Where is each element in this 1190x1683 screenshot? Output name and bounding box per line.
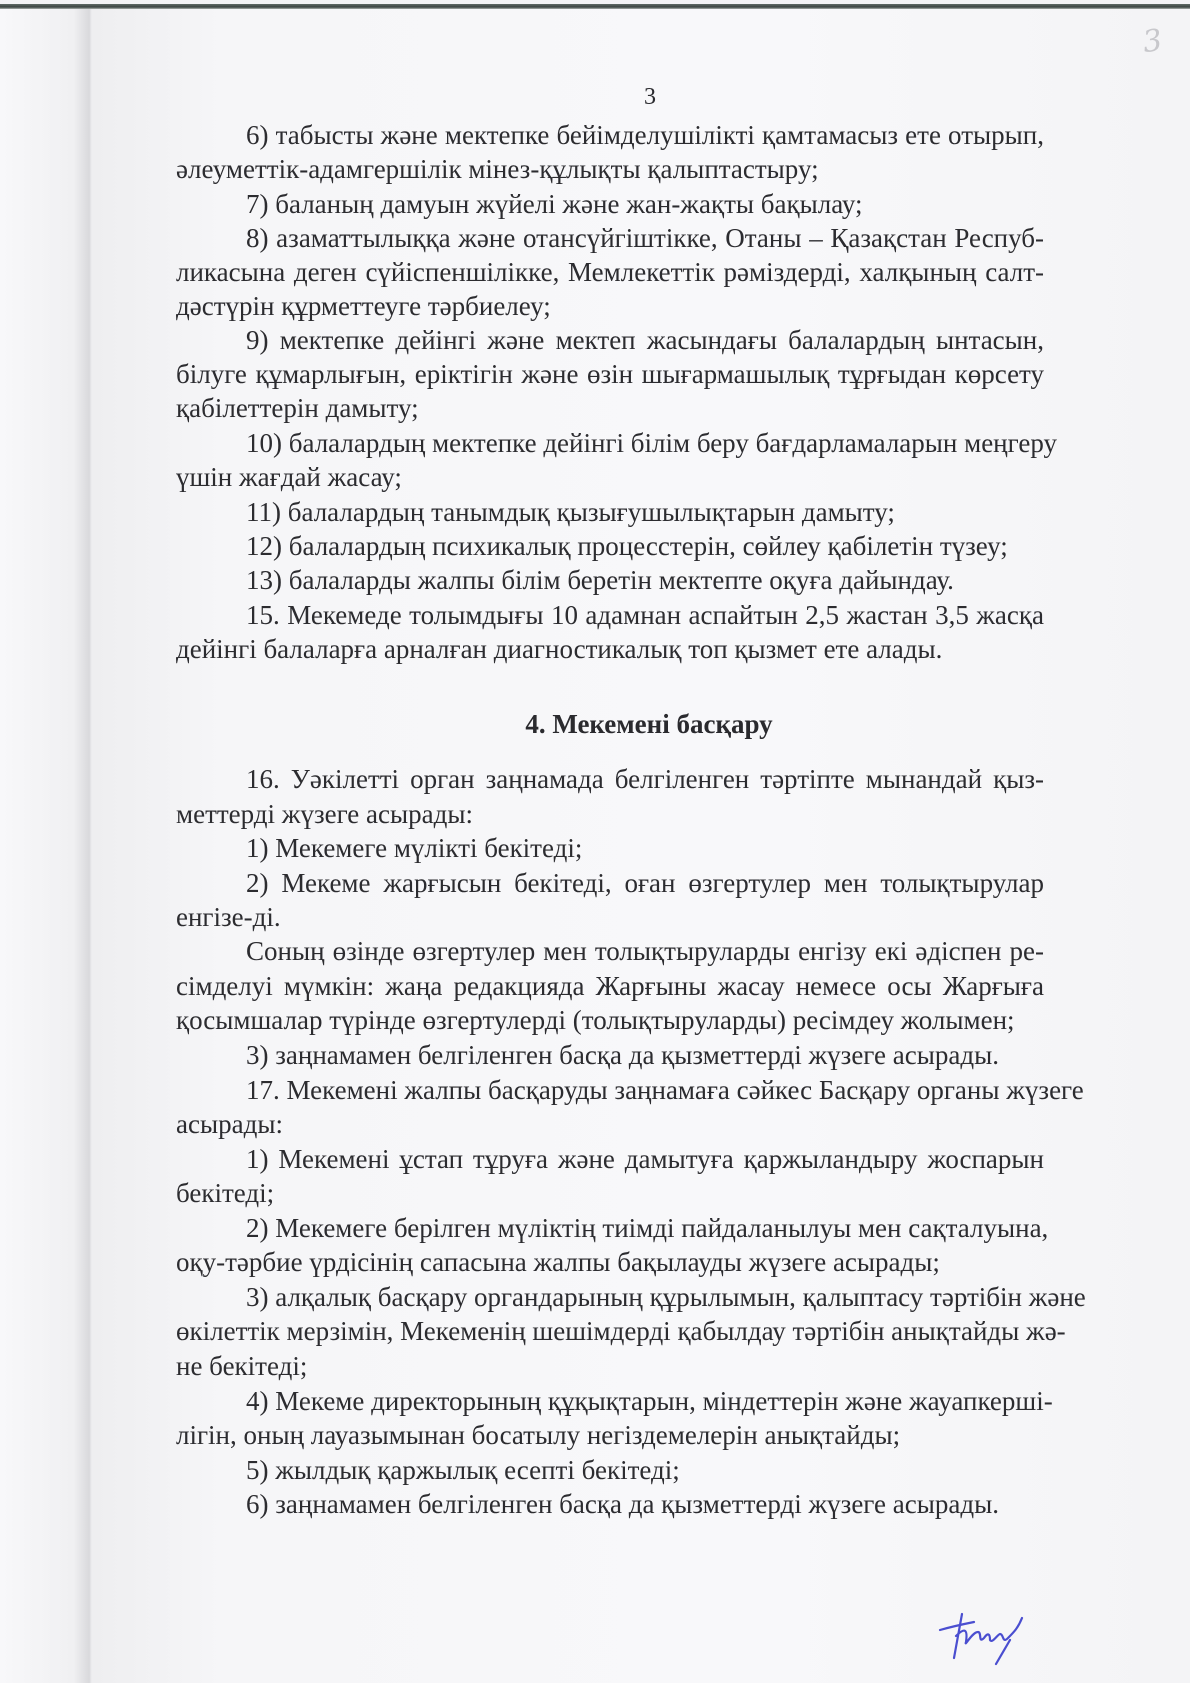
text-line: дейінгі балаларға арналған диагностикалы… [176,633,942,665]
text-line: бекітеді; [176,1177,274,1209]
text-line: 1) Мекемеге мүлікті бекітеді; [246,832,582,864]
text-line: 6) табысты және мектепке бейімделушілікт… [246,119,1044,151]
text-line: 5) жылдық қаржылық есепті бекітеді; [246,1454,680,1486]
text-line: 17. Мекемені жалпы басқаруды заңнамаға с… [246,1074,1044,1106]
text-line: 3) алқалық басқару органдарының құрылымы… [246,1281,1044,1313]
text-line: меттерді жүзеге асырады: [176,798,473,830]
text-line: әлеуметтік-адамгершілік мінез-құлықты қа… [176,153,819,185]
text-line: 15. Мекемеде толымдығы 10 адамнан аспайт… [246,599,1044,631]
text-line: оқу-тәрбие үрдісінің сапасына жалпы бақы… [176,1246,940,1278]
text-line: сімделуі мүмкін: жаңа редакцияда Жарғыны… [176,970,1044,1002]
text-line: енгізе-ді. [176,901,281,933]
text-line: лігін, оның лауазымынан босатылу негізде… [176,1419,900,1451]
text-line: қабілеттерін дамыту; [176,392,419,424]
section-heading: 4. Мекемені басқару [0,708,1190,740]
text-line: 11) балалардың танымдық қызығушылықтарын… [246,496,895,528]
text-line: 6) заңнамамен белгіленген басқа да қызме… [246,1488,999,1520]
text-line: білуге құмарлығын, еріктігін және өзін ш… [176,358,1044,390]
text-line: асырады: [176,1108,283,1140]
text-line: 4) Мекеме директорының құқықтарын, мінде… [246,1385,1044,1417]
text-line: 9) мектепке дейінгі және мектеп жасындағ… [246,324,1044,356]
text-line: 10) балалардың мектепке дейінгі білім бе… [246,427,1044,459]
text-line: 8) азаматтылыққа және отансүйгіштікке, О… [246,222,1044,254]
text-line: 2) Мекеме жарғысын бекітеді, оған өзгерт… [246,867,1044,899]
text-line: 7) баланың дамуын жүйелі және жан-жақты … [246,188,862,220]
text-line: дәстүрін құрметтеуге тәрбиелеу; [176,290,551,322]
text-line: 12) балалардың психикалық процесстерін, … [246,530,1008,562]
text-line: Соның өзінде өзгертулер мен толықтырулар… [246,935,1044,967]
text-line: қосымшалар түрінде өзгертулерді (толықты… [176,1004,1015,1036]
text-line: 2) Мекемеге берілген мүліктің тиімді пай… [246,1212,1044,1244]
text-line: 1) Мекемені ұстап тұруға және дамытуға қ… [246,1143,1044,1175]
text-line: 13) балаларды жалпы білім беретін мектеп… [246,564,954,596]
page-number: 3 [0,84,1190,111]
text-line: үшін жағдай жасау; [176,461,402,493]
text-line: 16. Уәкілетті орган заңнамада белгіленге… [246,763,1044,795]
binding-shadow [0,9,92,1683]
signature [934,1608,1054,1668]
text-line: 3) заңнамамен белгіленген басқа да қызме… [246,1039,999,1071]
text-line: ликасына деген сүйіспеншілікке, Мемлекет… [176,256,1044,288]
text-line: не бекітеді; [176,1350,307,1382]
text-line: өкілеттік мерзімін, Мекеменің шешімдерді… [176,1315,1044,1347]
